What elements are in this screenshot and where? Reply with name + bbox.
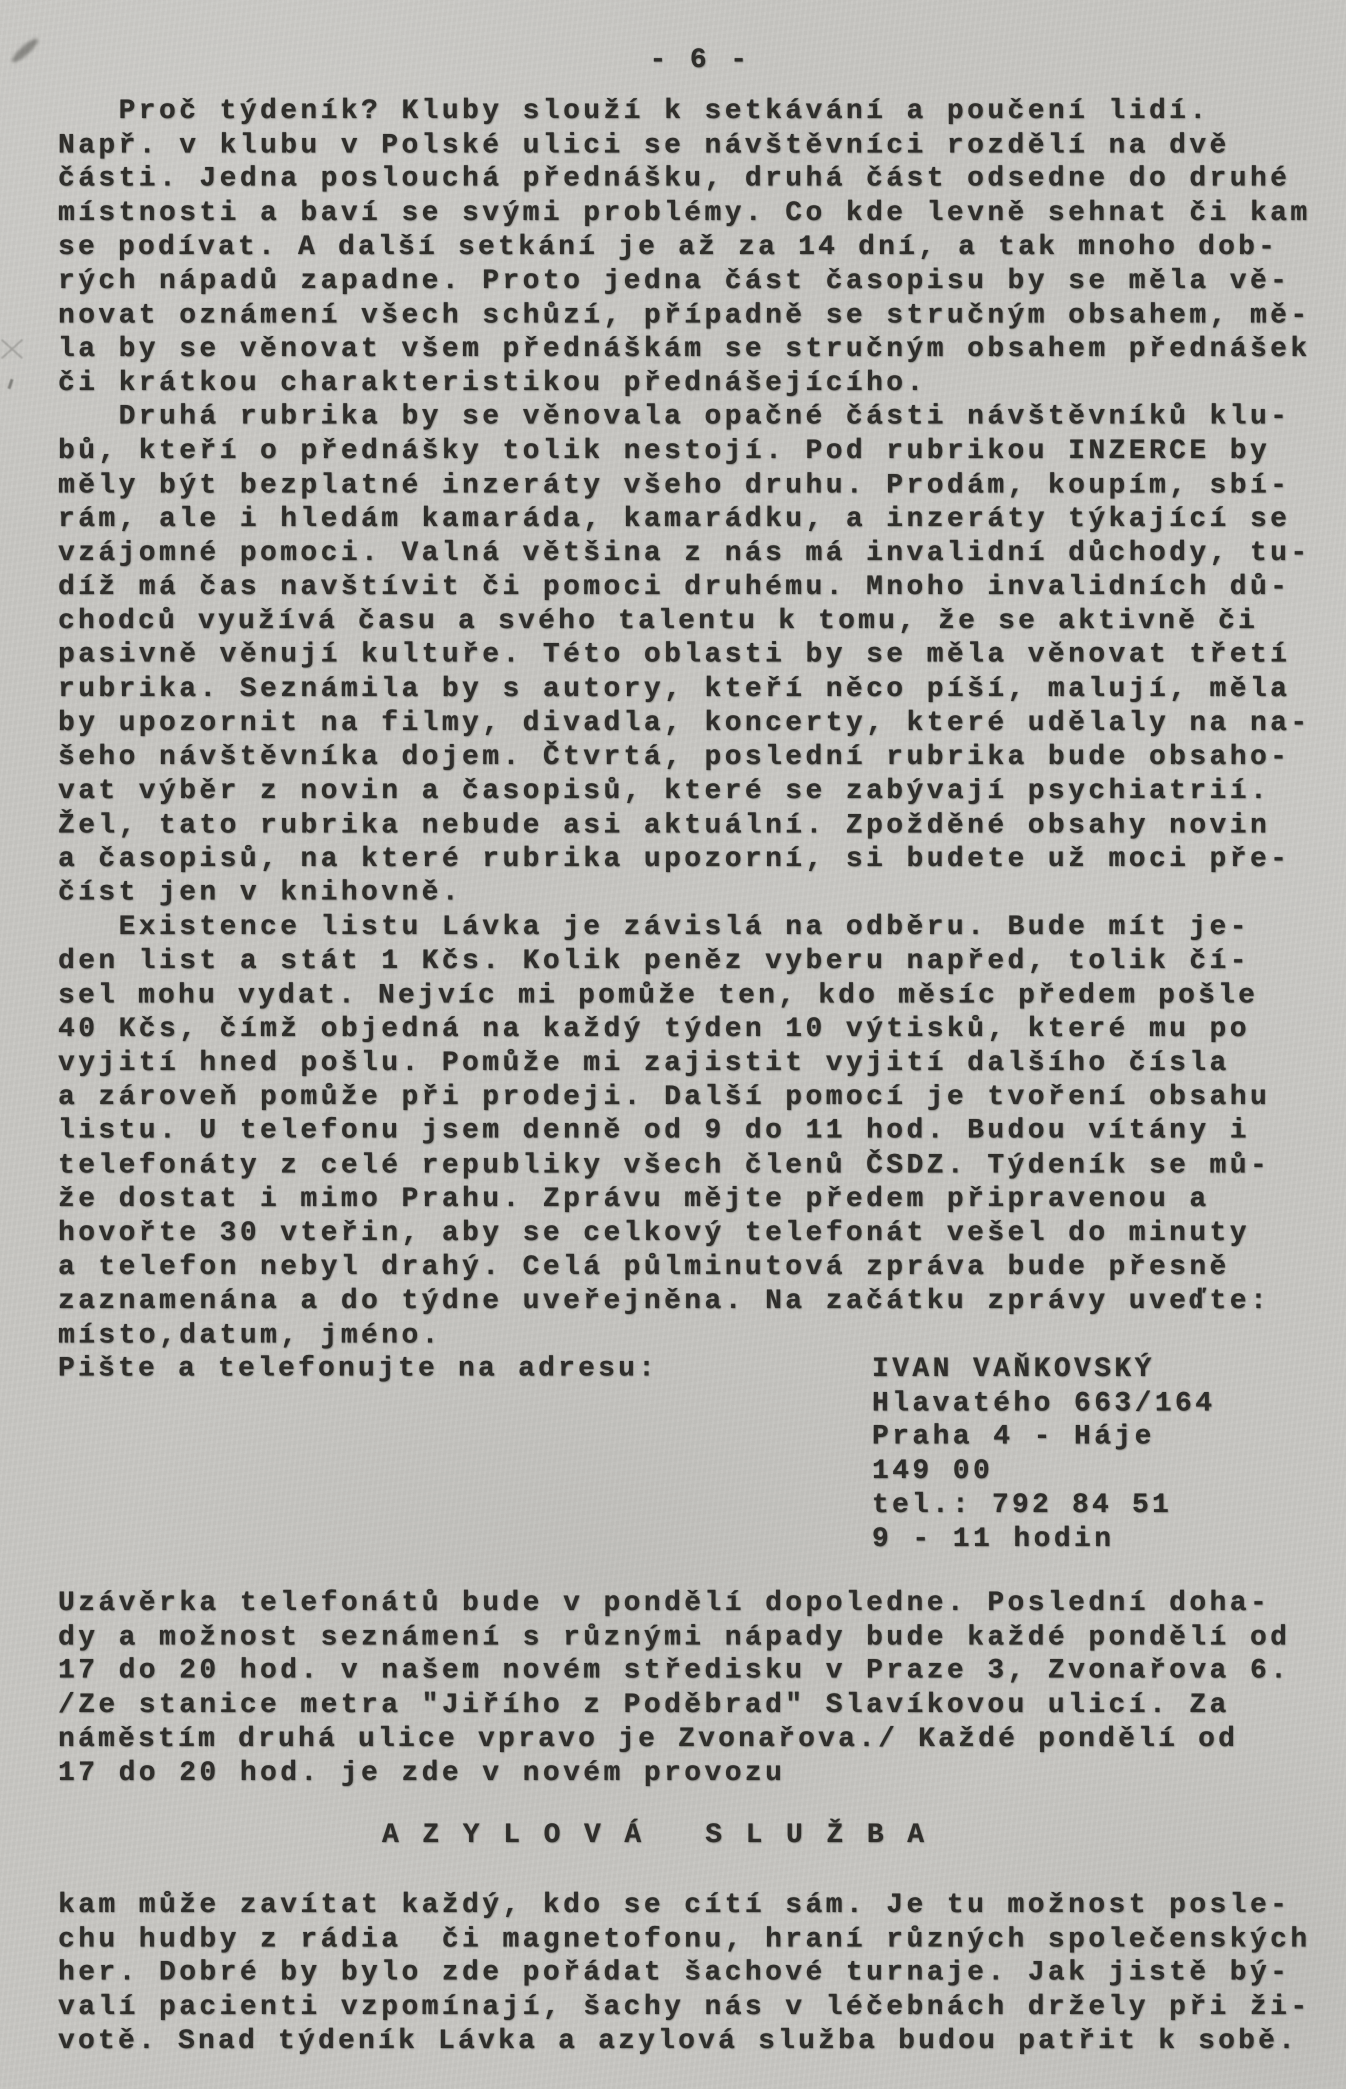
text-line: vat výběr z novin a časopisů, které se z… bbox=[58, 775, 1311, 809]
text-line: Proč týdeník? Kluby slouží k setkávání a… bbox=[58, 95, 1311, 129]
text-line: Existence listu Lávka je závislá na odbě… bbox=[58, 911, 1311, 945]
text-line: Žel, tato rubrika nebude asi aktuální. Z… bbox=[58, 810, 1311, 844]
text-line: listu. U telefonu jsem denně od 9 do 11 … bbox=[58, 1114, 1311, 1148]
text-line: 9 - 11 hodin bbox=[872, 1523, 1215, 1557]
text-line: vzájomné pomoci. Valná většina z nás má … bbox=[58, 537, 1311, 571]
text-line: 40 Kčs, čímž objedná na každý týden 10 v… bbox=[58, 1013, 1311, 1047]
closing-paragraph: Uzávěrka telefonátů bude v pondělí dopol… bbox=[58, 1587, 1290, 1791]
text-line: rubrika. Seznámila by s autory, kteří ně… bbox=[58, 673, 1311, 707]
text-line: by upozornit na filmy, divadla, koncerty… bbox=[58, 707, 1311, 741]
text-line: Druhá rubrika by se věnovala opačné část… bbox=[58, 400, 1311, 434]
text-line: číst jen v knihovně. bbox=[58, 876, 1311, 910]
document-page: - 6 - Proč týdeník? Kluby slouží k setká… bbox=[0, 0, 1346, 2089]
text-line: novat oznámení všech schůzí, případně se… bbox=[58, 300, 1311, 334]
text-line: dy a možnost seznámení s různými nápady … bbox=[58, 1622, 1290, 1656]
text-line: /Ze stanice metra "Jiřího z Poděbrad" Sl… bbox=[58, 1689, 1290, 1723]
text-line: či krátkou charakteristikou přednášející… bbox=[58, 367, 1311, 401]
text-line: la by se věnovat všem přednáškám se stru… bbox=[58, 333, 1311, 367]
pencil-x-mark bbox=[0, 336, 24, 362]
text-line: místnosti a baví se svými problémy. Co k… bbox=[58, 197, 1311, 231]
text-line: votě. Snad týdeník Lávka a azylová služb… bbox=[58, 2025, 1311, 2059]
text-line: IVAN VAŇKOVSKÝ bbox=[872, 1353, 1215, 1387]
text-line: valí pacienti vzpomínají, šachy nás v lé… bbox=[58, 1991, 1311, 2025]
body-text: Proč týdeník? Kluby slouží k setkávání a… bbox=[58, 95, 1311, 1387]
text-line: her. Dobré by bylo zde pořádat šachové t… bbox=[58, 1956, 1311, 1990]
text-line: 17 do 20 hod. v našem novém středisku v … bbox=[58, 1654, 1290, 1688]
text-line: Praha 4 - Háje bbox=[872, 1420, 1215, 1454]
text-line: části. Jedna poslouchá přednášku, druhá … bbox=[58, 162, 1311, 196]
azyl-paragraph: kam může zavítat každý, kdo se cítí sám.… bbox=[58, 1889, 1311, 2059]
text-line: rých nápadů zapadne. Proto jedna část ča… bbox=[58, 265, 1311, 299]
text-line: že dostat i mimo Prahu. Zprávu mějte pře… bbox=[58, 1183, 1311, 1217]
text-line: zaznamenána a do týdne uveřejněna. Na za… bbox=[58, 1285, 1311, 1319]
text-line: bů, kteří o přednášky tolik nestojí. Pod… bbox=[58, 435, 1311, 469]
text-line: Hlavatého 663/164 bbox=[872, 1388, 1215, 1422]
text-line: rám, ale i hledám kamaráda, kamarádku, a… bbox=[58, 503, 1311, 537]
text-line: vyjití hned pošlu. Pomůže mi zajistit vy… bbox=[58, 1047, 1311, 1081]
text-line: 149 00 bbox=[872, 1455, 1215, 1489]
text-line: a časopisů, na které rubrika upozorní, s… bbox=[58, 843, 1311, 877]
text-line: pasivně věnují kultuře. Této oblasti by … bbox=[58, 638, 1311, 672]
text-line: měly být bezplatné inzeráty všeho druhu.… bbox=[58, 470, 1311, 504]
contact-address-block: IVAN VAŇKOVSKÝHlavatého 663/164Praha 4 -… bbox=[872, 1353, 1215, 1557]
text-line: sel mohu vydat. Nejvíc mi pomůže ten, kd… bbox=[58, 980, 1311, 1014]
text-line: kam může zavítat každý, kdo se cítí sám.… bbox=[58, 1889, 1311, 1923]
page-number: - 6 - bbox=[0, 44, 1346, 78]
text-line: chodců využívá času a svého talentu k to… bbox=[58, 605, 1311, 639]
text-line: místo,datum, jméno. bbox=[58, 1320, 1311, 1354]
text-line: se podívat. A další setkání je až za 14 … bbox=[58, 231, 1311, 265]
text-line: náměstím druhá ulice vpravo je Zvonařova… bbox=[58, 1723, 1290, 1757]
text-line: 17 do 20 hod. je zde v novém provozu bbox=[58, 1757, 1290, 1791]
text-line: den list a stát 1 Kčs. Kolik peněz vyber… bbox=[58, 945, 1311, 979]
text-line: Uzávěrka telefonátů bude v pondělí dopol… bbox=[58, 1587, 1290, 1621]
text-line: a telefon nebyl drahý. Celá půlminutová … bbox=[58, 1251, 1311, 1285]
text-line: díž má čas navštívit či pomoci druhému. … bbox=[58, 571, 1311, 605]
text-line: šeho návštěvníka dojem. Čtvrtá, poslední… bbox=[58, 741, 1311, 775]
text-line: telefonáty z celé republiky všech členů … bbox=[58, 1150, 1311, 1184]
text-line: a zároveň pomůže při prodeji. Další pomo… bbox=[58, 1081, 1311, 1115]
text-line: chu hudby z rádia či magnetofonu, hraní … bbox=[58, 1924, 1311, 1958]
text-line: Např. v klubu v Polské ulici se návštěvn… bbox=[58, 130, 1311, 164]
text-line: hovořte 30 vteřin, aby se celkový telefo… bbox=[58, 1217, 1311, 1251]
section-heading-azylova-sluzba: A Z Y L O V Á S L U Ž B A bbox=[382, 1819, 927, 1853]
pencil-tick-mark bbox=[8, 379, 14, 389]
text-line: tel.: 792 84 51 bbox=[872, 1489, 1215, 1523]
